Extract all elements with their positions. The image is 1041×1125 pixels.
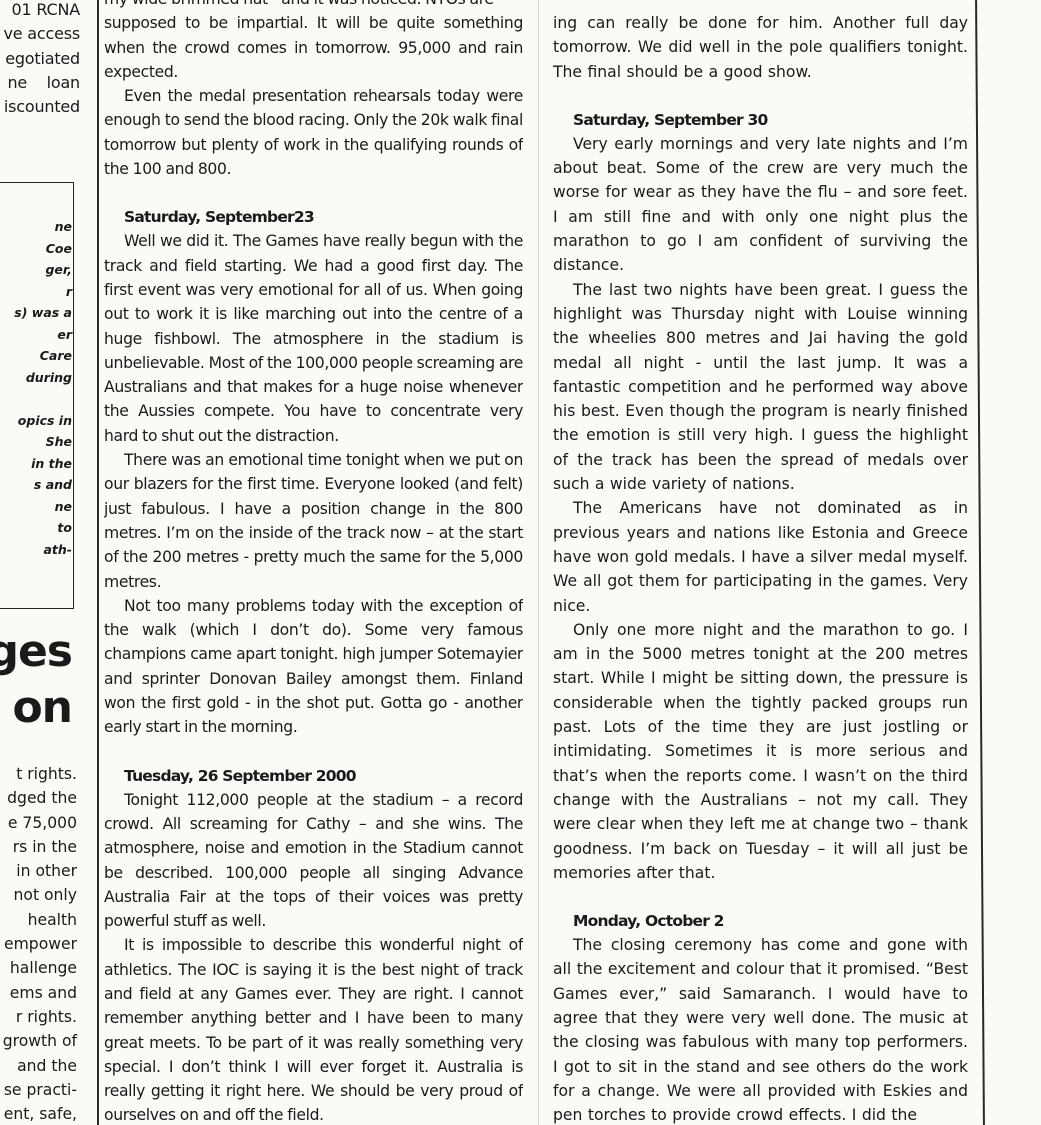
left-body-text: t rights. dged the e 75,000 rs in the in… [3, 762, 77, 1125]
paragraph: Only one more night and the marathon to … [553, 618, 968, 885]
paragraph: supposed to be impartial. It will be qui… [104, 11, 523, 84]
paragraph: Very early mornings and very late nights… [553, 132, 968, 278]
text-line: rs in the [3, 835, 77, 859]
text-line: Coe [14, 238, 72, 260]
text-line: health [3, 908, 77, 932]
text-line: er [14, 324, 72, 346]
text-line: ent, safe, [3, 1102, 77, 1125]
text-line: r rights. [3, 1005, 77, 1029]
text-line: r [14, 281, 72, 303]
text-line: s and [14, 474, 72, 496]
paragraph: The closing ceremony has come and gone w… [553, 933, 968, 1125]
text-line: ath- [14, 539, 72, 561]
text-line: opics in [14, 410, 72, 432]
text-line: s) was a [14, 302, 72, 324]
left-top-text: 01 RCNA ve access egotiated ne loan isco… [3, 0, 80, 119]
column-rule-right [975, 0, 984, 1125]
entry-date-heading: Saturday, September 30 [553, 108, 968, 132]
entry-date-heading: Monday, October 2 [553, 909, 968, 933]
column-gutter [538, 0, 539, 1125]
text-line: se practi- [3, 1078, 77, 1102]
entry-date-heading: Tuesday, 26 September 2000 [104, 764, 523, 788]
paragraph: There was an emotional time tonight when… [104, 448, 523, 594]
text-line: empower [3, 932, 77, 956]
text-line: ne loan [3, 71, 80, 95]
entry-date-heading: Saturday, September23 [104, 205, 523, 229]
paragraph: ing can really be done for him. Another … [553, 11, 968, 84]
text-line [14, 388, 72, 410]
text-line: 01 RCNA [3, 0, 80, 22]
text-line: ne [14, 496, 72, 518]
text-line: e 75,000 [3, 811, 77, 835]
cut-top-line: my wide brimmed hat - and it was noticed… [104, 0, 523, 11]
paragraph: Well we did it. The Games have really be… [104, 229, 523, 448]
column-rule-left [97, 0, 99, 1125]
text-line: not only [3, 883, 77, 907]
left-column-fragment: 01 RCNA ve access egotiated ne loan isco… [0, 0, 80, 1125]
headline-line: on [0, 680, 72, 736]
paragraph: Not too many problems today with the exc… [104, 594, 523, 740]
author-bio-text: ne Coe ger, r s) was a er Care during op… [14, 216, 72, 560]
text-line: in other [3, 859, 77, 883]
diary-column-right: ing can really be done for him. Another … [553, 0, 968, 1125]
text-line: growth of [3, 1029, 77, 1053]
text-line: iscounted [3, 95, 80, 119]
paragraph: Even the medal presentation rehearsals t… [104, 84, 523, 181]
headline-line: ges [0, 624, 72, 680]
text-line: and the [3, 1054, 77, 1078]
diary-column-middle: my wide brimmed hat - and it was noticed… [104, 0, 523, 1125]
paragraph: The last two nights have been great. I g… [553, 278, 968, 497]
paragraph: The Americans have not dominated as in p… [553, 496, 968, 617]
cut-top-line [553, 0, 968, 11]
text-line: dged the [3, 786, 77, 810]
text-line: in the [14, 453, 72, 475]
paragraph: It is impossible to describe this wonder… [104, 933, 523, 1125]
text-line: Care [14, 345, 72, 367]
text-line: She [14, 431, 72, 453]
text-line: during [14, 367, 72, 389]
paragraph: Tonight 112,000 people at the stadium – … [104, 788, 523, 934]
text-line: egotiated [3, 47, 80, 71]
text-line: ne [14, 216, 72, 238]
text-line: ger, [14, 259, 72, 281]
text-line: t rights. [3, 762, 77, 786]
text-line: ems and [3, 981, 77, 1005]
text-line: to [14, 517, 72, 539]
headline-fragment: ges on [0, 624, 72, 736]
text-line: ve access [3, 22, 80, 46]
text-line: hallenge [3, 956, 77, 980]
